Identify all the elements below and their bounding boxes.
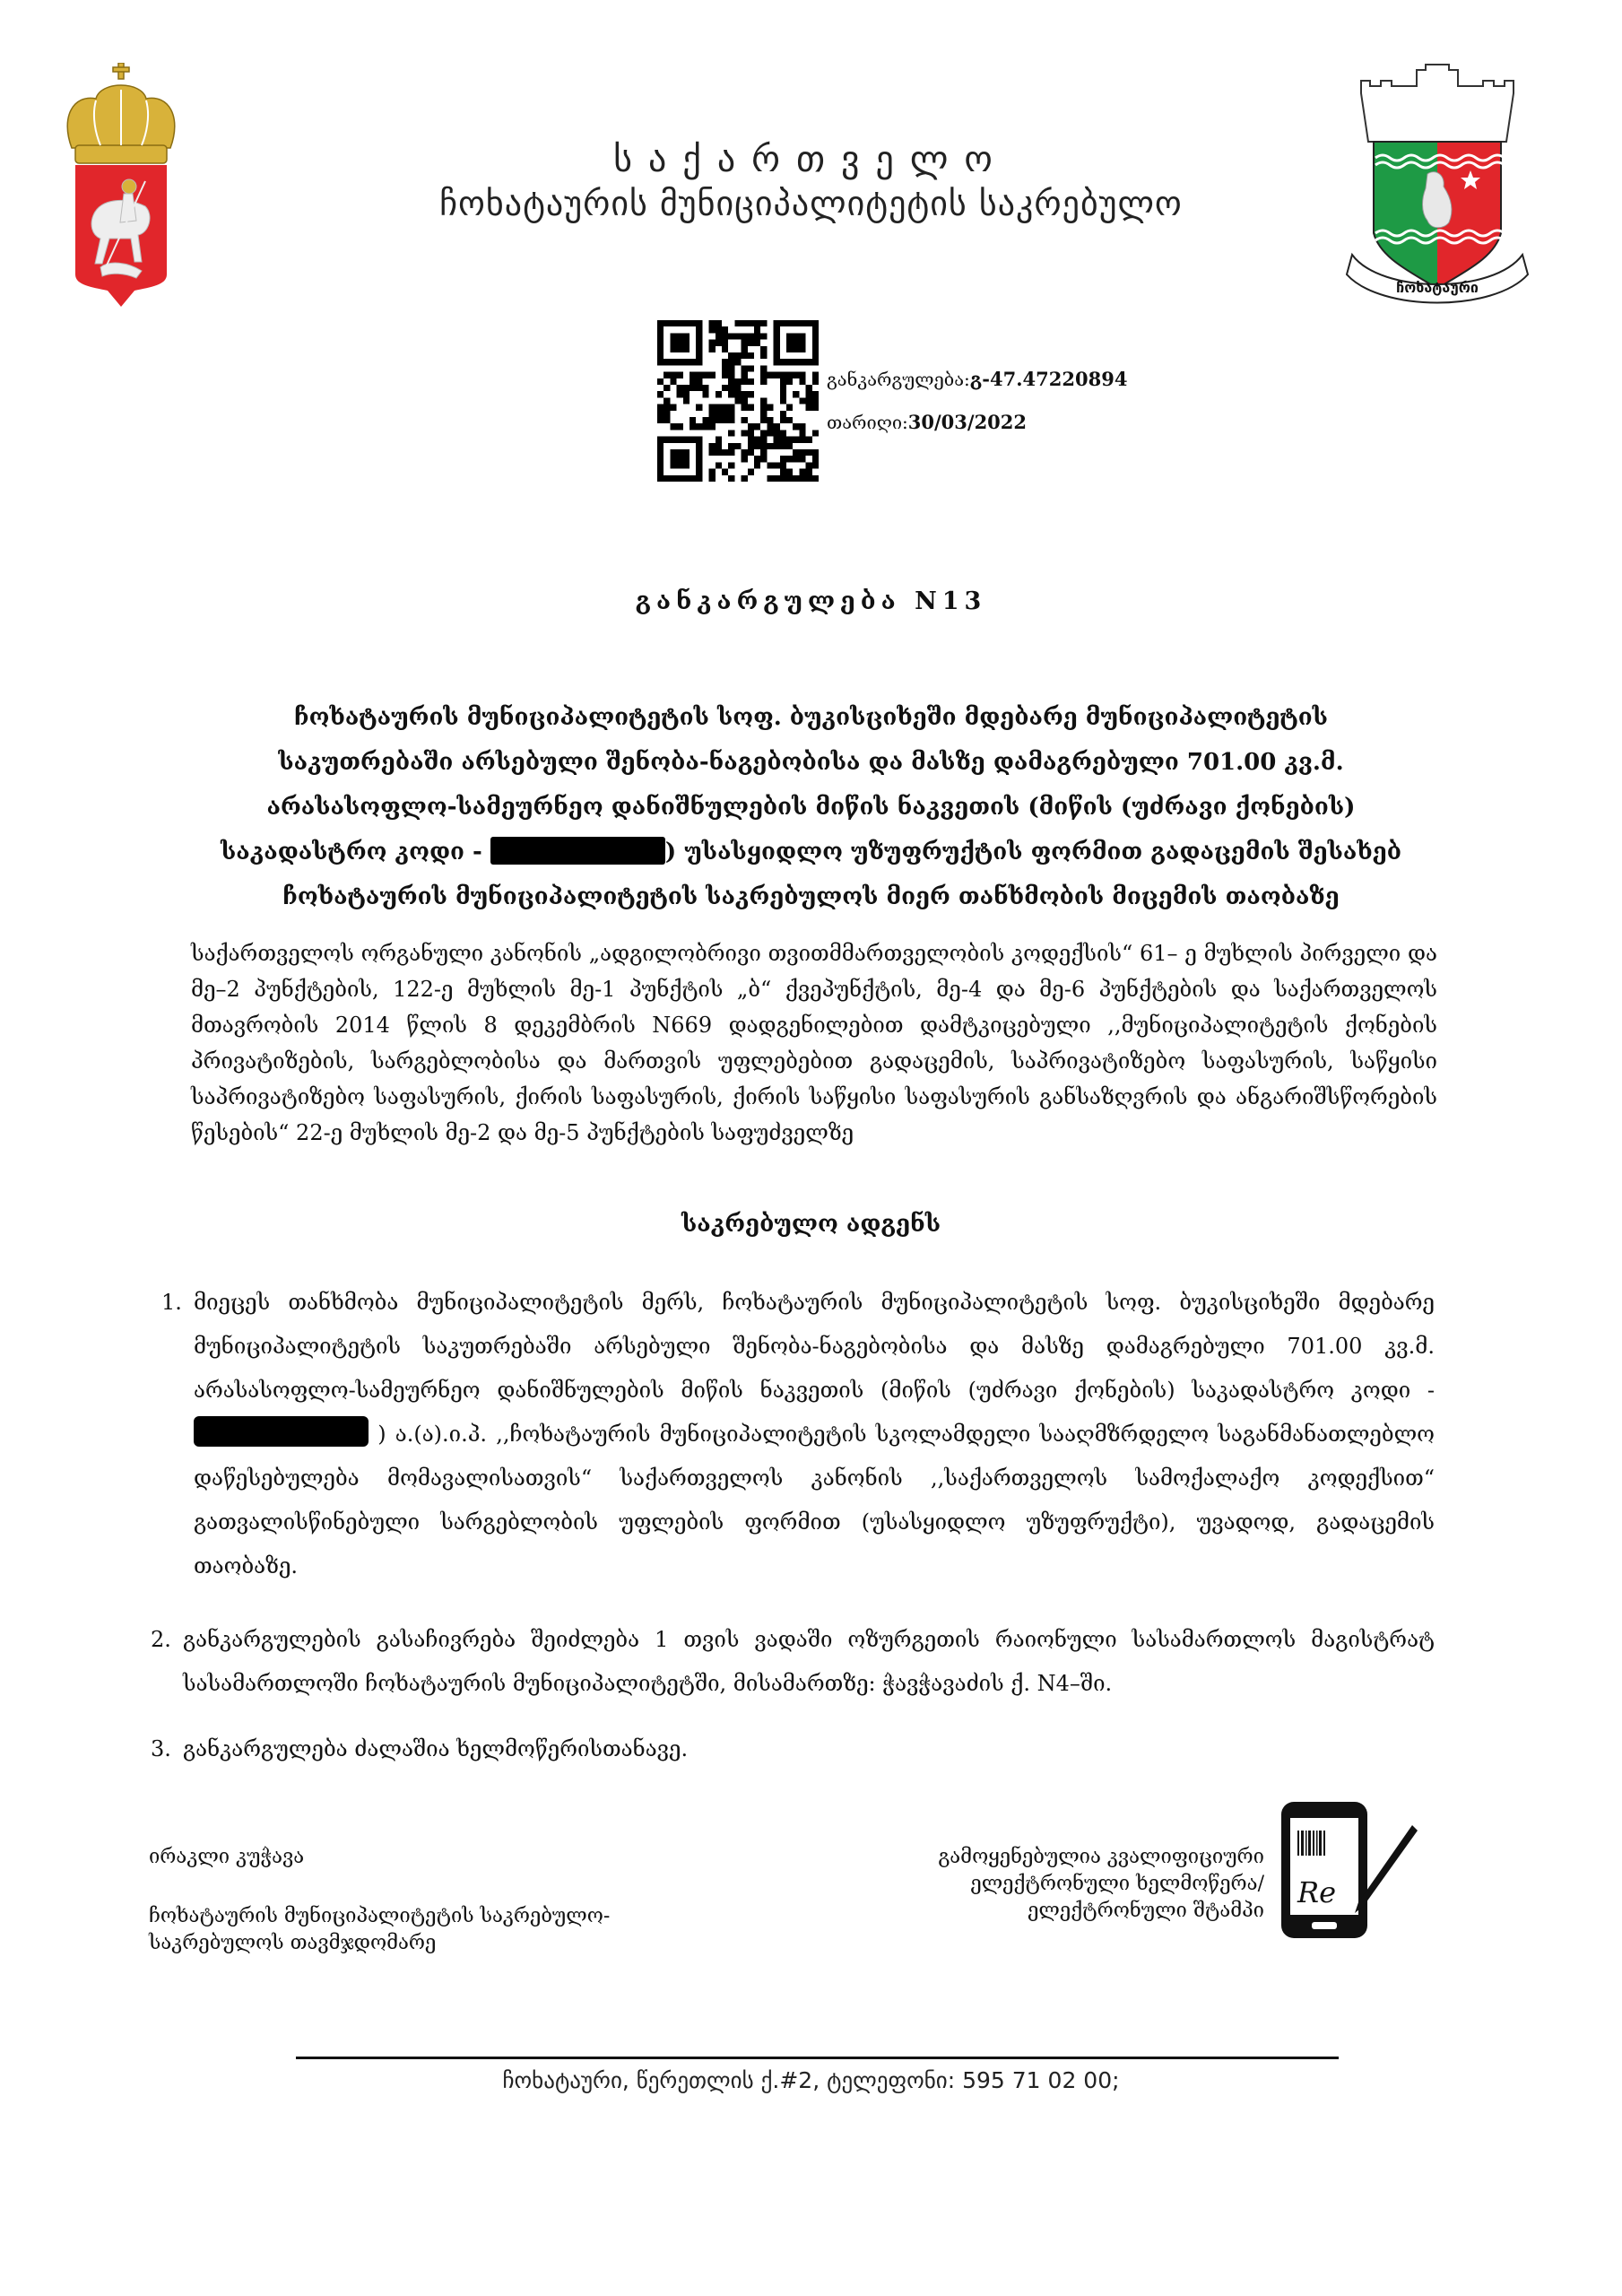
- council-decides-heading: საკრებულო ადგენს: [0, 1211, 1622, 1238]
- document-title: განკარგულება N13: [0, 587, 1622, 615]
- subject-text: ) უსასყიდლო უზუფრუქტის ფორმით გადაცემის …: [665, 839, 1401, 865]
- signatory-name: ირაკლი კუჭავა: [149, 1846, 304, 1868]
- electronic-signature-note: გამოყენებულია კვალიფიციური ელექტრონული ხ…: [789, 1844, 1264, 1925]
- decision-item-3: 3. განკარგულება ძალაშია ხელმოწერისთანავე…: [151, 1727, 1435, 1771]
- role-line: ჩოხატაურის მუნიციპალიტეტის საკრებულო-: [149, 1903, 610, 1930]
- redacted-cadastral-code: [490, 837, 665, 865]
- esig-line: გამოყენებულია კვალიფიციური: [789, 1844, 1264, 1871]
- signatory-role: ჩოხატაურის მუნიციპალიტეტის საკრებულო- სა…: [149, 1903, 610, 1957]
- redacted-cadastral-code: [194, 1416, 369, 1447]
- svg-text:ჩოხატაური: ჩოხატაური: [1396, 279, 1479, 296]
- document-subject: ჩოხატაურის მუნიციპალიტეტის სოფ. ბუკისციხ…: [134, 695, 1488, 919]
- decision-item-2: 2. განკარგულების გასაჩივრება შეიძლება 1 …: [151, 1618, 1435, 1706]
- item-text: მიეცეს თანხმობა მუნიციპალიტეტის მერს, ჩო…: [194, 1281, 1435, 1588]
- decree-number: განკარგულება:გ-47.47220894: [827, 368, 1127, 390]
- decree-value: გ-47.47220894: [970, 368, 1128, 390]
- role-line: საკრებულოს თავმჯდომარე: [149, 1930, 610, 1957]
- item-text-before: მიეცეს თანხმობა მუნიციპალიტეტის მერს, ჩო…: [194, 1290, 1435, 1403]
- preamble-paragraph: საქართველოს ორგანული კანონის „ადგილობრივ…: [191, 935, 1437, 1151]
- footer-divider: [296, 2057, 1339, 2059]
- decree-label: განკარგულება:: [827, 369, 970, 390]
- date-label: თარიღი:: [827, 412, 908, 433]
- item-text: განკარგულება ძალაშია ხელმოწერისთანავე.: [183, 1727, 1435, 1771]
- esig-line: ელექტრონული ხელმოწერა/: [789, 1871, 1264, 1898]
- item-text: განკარგულების გასაჩივრება შეიძლება 1 თვი…: [183, 1618, 1435, 1706]
- item-number: 2.: [151, 1618, 171, 1662]
- svg-text:Re: Re: [1297, 1875, 1336, 1909]
- mobile-signature-icon: Re: [1278, 1798, 1421, 1942]
- footer-address: ჩოხატაური, წერეთლის ქ.#2, ტელეფონი: 595 …: [0, 2067, 1622, 2093]
- item-number: 3.: [151, 1727, 171, 1771]
- subject-line: ჩოხატაურის მუნიციპალიტეტის საკრებულოს მი…: [134, 874, 1488, 919]
- decision-item-1: 1. მიეცეს თანხმობა მუნიციპალიტეტის მერს,…: [161, 1281, 1435, 1588]
- subject-line: ჩოხატაურის მუნიციპალიტეტის სოფ. ბუკისციხ…: [134, 695, 1488, 740]
- qr-code-icon: [657, 319, 819, 483]
- subject-line: საკადასტრო კოდი - ) უსასყიდლო უზუფრუქტის…: [134, 830, 1488, 874]
- header-institution: ჩოხატაურის მუნიციპალიტეტის საკრებულო: [0, 184, 1622, 223]
- esig-line: ელექტრონული შტამპი: [789, 1898, 1264, 1925]
- date-value: 30/03/2022: [908, 411, 1027, 433]
- header-country: საქართველო: [0, 139, 1622, 180]
- subject-line: არასასოფლო-სამეურნეო დანიშნულების მიწის …: [134, 785, 1488, 830]
- item-number: 1.: [161, 1281, 182, 1325]
- subject-text: საკადასტრო კოდი -: [221, 839, 482, 865]
- item-text-after: ) ა.(ა).ი.პ. ,,ჩოხატაურის მუნიციპალიტეტი…: [194, 1422, 1435, 1578]
- subject-line: საკუთრებაში არსებული შენობა-ნაგებობისა დ…: [134, 740, 1488, 785]
- decree-date: თარიღი:30/03/2022: [827, 411, 1027, 433]
